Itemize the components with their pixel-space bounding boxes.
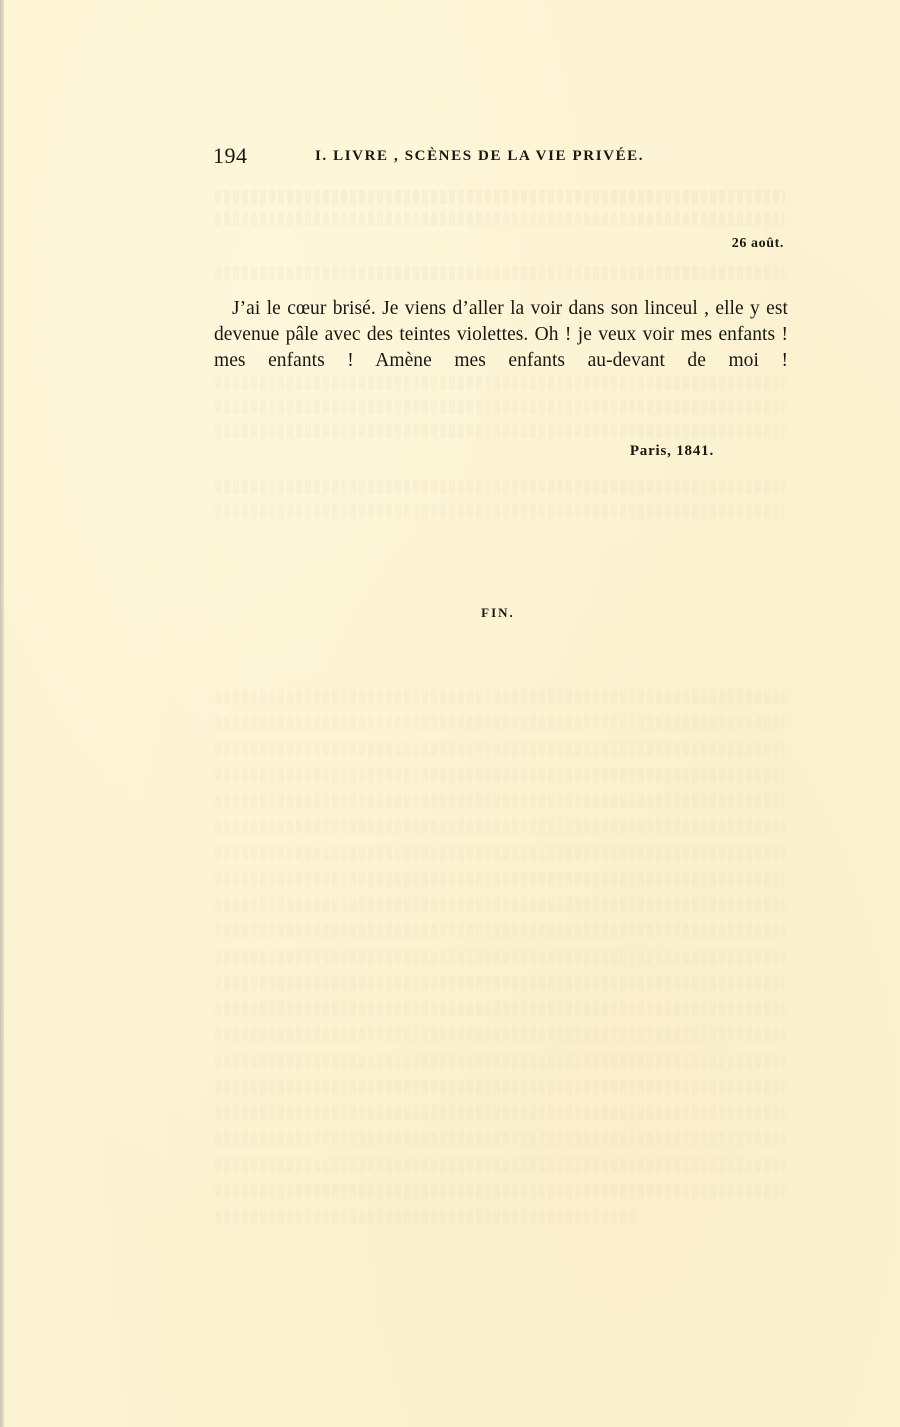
page-number: 194: [213, 143, 248, 169]
show-through: [215, 1054, 785, 1068]
show-through: [215, 742, 785, 756]
show-through: [215, 1002, 785, 1016]
show-through: [215, 1080, 785, 1094]
page-edge: [0, 0, 4, 1427]
show-through: [215, 846, 785, 860]
show-through: [215, 976, 785, 990]
show-through: [215, 266, 785, 280]
entry-date: 26 août.: [732, 236, 784, 252]
show-through: [215, 1028, 785, 1042]
running-head: 194 I. LIVRE , SCÈNES DE LA VIE PRIVÉE.: [213, 143, 788, 173]
show-through: [215, 768, 785, 782]
show-through: [215, 1184, 785, 1198]
show-through: [215, 212, 785, 226]
show-through: [215, 898, 785, 912]
show-through: [215, 1132, 785, 1146]
show-through: [215, 1106, 785, 1120]
show-through: [215, 504, 785, 518]
show-through: [215, 794, 785, 808]
entry-paragraph: J’ai le cœur brisé. Je viens d’aller la …: [214, 296, 788, 400]
end-mark-text: FIN.: [481, 605, 515, 620]
show-through: [215, 480, 785, 494]
show-through: [215, 424, 785, 438]
show-through: [215, 820, 785, 834]
show-through: [215, 872, 785, 886]
show-through: [215, 716, 785, 730]
book-page: 194 I. LIVRE , SCÈNES DE LA VIE PRIVÉE. …: [0, 0, 900, 1427]
running-head-title: I. LIVRE , SCÈNES DE LA VIE PRIVÉE.: [315, 148, 644, 165]
end-mark: FIN.: [0, 605, 900, 621]
place-date-signature: Paris, 1841.: [630, 443, 714, 460]
show-through: [215, 400, 785, 414]
show-through: [215, 690, 785, 704]
show-through: [215, 950, 785, 964]
show-through: [215, 1158, 785, 1172]
show-through: [215, 190, 785, 204]
show-through: [215, 924, 785, 938]
show-through: [215, 1210, 635, 1224]
